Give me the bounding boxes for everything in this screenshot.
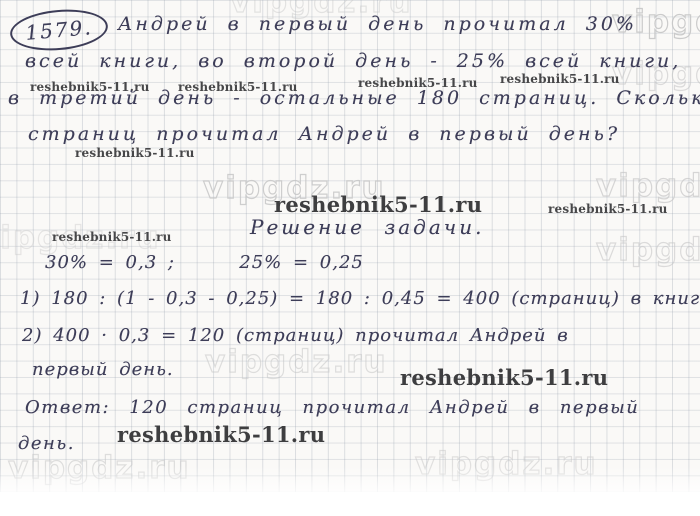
watermark-vipgdz: vipgdz.ru (415, 446, 598, 482)
watermark-reshebnik: reshebnik5-11.ru (75, 146, 195, 160)
watermark-reshebnik: reshebnik5-11.ru (52, 230, 172, 244)
watermark-reshebnik: reshebnik5-11.ru (500, 72, 620, 86)
watermark-vipgdz: vipgdz.ru (205, 344, 388, 380)
watermark-reshebnik: reshebnik5-11.ru (274, 192, 482, 217)
watermark-reshebnik: reshebnik5-11.ru (548, 202, 668, 216)
watermark-reshebnik: reshebnik5-11.ru (117, 422, 325, 447)
solution-heading: Решение задачи. (250, 216, 484, 238)
problem-line: всей книги, во второй день - 25% всей кн… (25, 51, 681, 72)
problem-line: страниц прочитал Андрей в первый день? (28, 124, 620, 145)
watermark-reshebnik: reshebnik5-11.ru (400, 365, 608, 390)
watermark-vipgdz: vipgdz.ru (596, 232, 700, 268)
watermark-vipgdz: vipgdz.ru (8, 450, 191, 486)
problem-number: 1579. (25, 16, 94, 44)
problem-line: Андрей в первый день прочитал 30% (118, 14, 637, 35)
solution-step-1: 1) 180 : (1 - 0,3 - 0,25) = 180 : 0,45 =… (20, 289, 700, 309)
solution-step-2-continued: первый день. (32, 360, 174, 380)
watermark-vipgdz: vipgdz.ru (596, 168, 700, 204)
answer-line: Ответ: 120 страниц прочитал Андрей в пер… (25, 398, 639, 418)
answer-line-continued: день. (18, 434, 75, 454)
problem-line: в третий день - остальные 180 страниц. С… (8, 88, 700, 109)
notebook-page: vipgdz.ru vipgdz.ru vipgdz.ru vipgdz.ru … (0, 0, 700, 516)
solution-percent-line: 30% = 0,3 ; 25% = 0,25 (45, 253, 364, 273)
solution-step-2: 2) 400 · 0,3 = 120 (страниц) прочитал Ан… (22, 326, 569, 346)
